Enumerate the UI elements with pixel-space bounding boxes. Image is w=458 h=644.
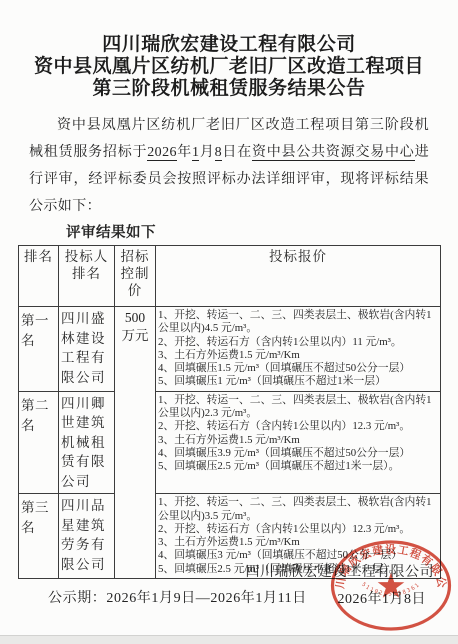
bid-item: 5、回填碾压1 元/m³（回填碾压不超过1米一层） <box>158 375 438 388</box>
bid-item: 4、回填碾压1.5 元/m³（回填碾压不超过50公分一层） <box>158 362 438 375</box>
bid-item: 2、开挖、转运石方（含内转1公里以内）12.3 元/m³。 <box>158 420 438 433</box>
bid-item: 2、开挖、转运石方（含内转1公里以内）12.3 元/m³。 <box>158 523 438 536</box>
intro-day-unit: 日在 <box>222 145 252 160</box>
title-line-1: 四川瑞欣宏建设工程有限公司 <box>0 33 458 55</box>
control-price-cell: 500 万元 <box>115 307 156 579</box>
bid-item: 2、开挖、转运石方（含内转1公里以内）11 元/m³。 <box>158 336 438 349</box>
intro-venue: 资中县公共资源交易中心 <box>252 145 415 161</box>
bid-cell-2: 1、开挖、转运一、二、三、四类表层土、极软岩(含内转1公里以内)2.3 元/m³… <box>156 391 441 494</box>
bid-item: 1、开挖、转运一、二、三、四类表层土、极软岩(含内转1公里以内)4.5 元/m³… <box>158 309 438 336</box>
bid-item: 1、开挖、转运一、二、三、四类表层土、极软岩(含内转1公里以内)2.3 元/m³… <box>158 394 438 421</box>
intro-year-unit: 年 <box>177 145 192 160</box>
header-bidder: 投标人排名 <box>59 246 115 307</box>
bid-item: 1、开挖、转运一、二、三、四类表层土、极软岩(含内转1公里以内)3.5 元/m³… <box>158 496 438 523</box>
intro-month-unit: 月 <box>199 145 214 160</box>
control-price-amount: 500 <box>117 309 153 327</box>
bidder-cell-2: 四川卿世建筑机械租赁有限公司 <box>59 391 115 494</box>
bid-item: 3、土石方外运费1.5 元/m³/Km <box>158 536 438 549</box>
signature-company: 四川瑞欣宏建设工程有限公司 <box>234 564 434 582</box>
header-bid-quote: 投标报价 <box>156 246 441 307</box>
header-control-price: 招标控制价 <box>115 246 156 307</box>
table-row: 第一名 四川盛林建设工程有限公司 500 万元 1、开挖、转运一、二、三、四类表… <box>19 307 441 392</box>
bid-item: 4、回填碾压3.9 元/m³（回填碾压不超过50公分一层） <box>158 447 438 460</box>
bid-result-table: 排名 投标人排名 招标控制价 投标报价 第一名 四川盛林建设工程有限公司 500… <box>18 245 441 579</box>
intro-day: 8 <box>215 145 222 161</box>
rank-cell-3: 第三名 <box>19 494 59 579</box>
bid-item: 5、回填碾压2.5 元/m³（回填碾压不超过1米一层）。 <box>158 460 438 473</box>
bid-cell-1: 1、开挖、转运一、二、三、四类表层土、极软岩(含内转1公里以内)4.5 元/m³… <box>156 307 441 392</box>
title-line-3: 第三阶段机械租赁服务结果公告 <box>0 77 458 99</box>
header-rank: 排名 <box>19 246 59 307</box>
control-price-unit: 万元 <box>117 327 153 345</box>
table-row: 第二名 四川卿世建筑机械租赁有限公司 1、开挖、转运一、二、三、四类表层土、极软… <box>19 391 441 494</box>
title-line-2: 资中县凤凰片区纺机厂老旧厂区改造工程项目 <box>0 55 458 77</box>
bid-item: 3、土石方外运费1.5 元/m³/Km <box>158 434 438 447</box>
document-title: 四川瑞欣宏建设工程有限公司 资中县凤凰片区纺机厂老旧厂区改造工程项目 第三阶段机… <box>0 0 458 99</box>
intro-paragraph: 资中县凤凰片区纺机厂老旧厂区改造工程项目第三阶段机械租赁服务招标于2026年1月… <box>29 112 429 220</box>
section-label-review-result: 评审结果如下 <box>66 221 458 242</box>
bidder-cell-1: 四川盛林建设工程有限公司 <box>59 307 115 392</box>
scan-bottom-edge <box>0 635 458 644</box>
intro-year: 2026 <box>147 145 177 161</box>
bidder-cell-3: 四川品星建筑劳务有限公司 <box>59 494 115 579</box>
signature-block: 四川瑞欣宏建设工程有限公司 2026年1月8日 <box>234 564 434 609</box>
signature-date: 2026年1月8日 <box>234 591 434 609</box>
document-page: 四川瑞欣宏建设工程有限公司 资中县凤凰片区纺机厂老旧厂区改造工程项目 第三阶段机… <box>0 0 458 644</box>
bid-item: 4、回填碾压3 元/m³（回填碾压不超过50公分一层） <box>158 549 438 562</box>
table-header-row: 排名 投标人排名 招标控制价 投标报价 <box>19 246 441 307</box>
bid-item: 3、土石方外运费1.5 元/m³/Km <box>158 349 438 362</box>
rank-cell-1: 第一名 <box>19 307 59 392</box>
rank-cell-2: 第二名 <box>19 391 59 494</box>
